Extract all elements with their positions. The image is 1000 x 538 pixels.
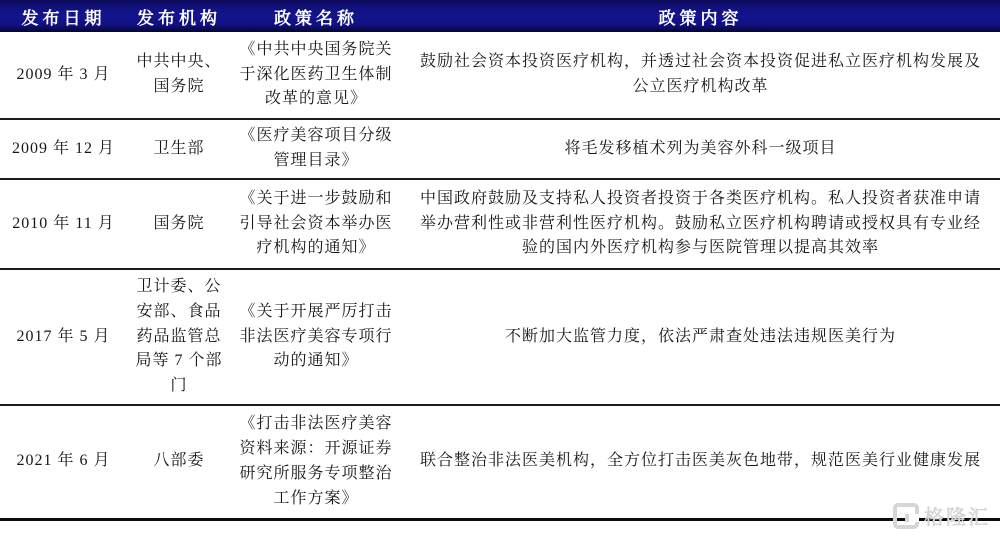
policy-table: 发布日期 发布机构 政策名称 政策内容 2009 年 3 月 中共中央、 国务院… xyxy=(0,0,1000,521)
cell-release-date: 2010 年 11 月 xyxy=(0,179,127,269)
column-header-policy-name: 政策名称 xyxy=(231,0,401,32)
table-header-row: 发布日期 发布机构 政策名称 政策内容 xyxy=(0,0,1000,32)
column-header-policy-content: 政策内容 xyxy=(401,0,1000,32)
table-row: 2009 年 12 月 卫生部 《医疗美容项目分级 管理目录》 将毛发移植术列为… xyxy=(0,119,1000,179)
cell-release-date: 2021 年 6 月 xyxy=(0,405,127,519)
cell-issuing-agency: 八部委 xyxy=(127,405,231,519)
table-row: 2021 年 6 月 八部委 《打击非法医疗美容 资料来源：开源证券 研究所服务… xyxy=(0,405,1000,519)
gelonghui-logo-icon xyxy=(893,503,919,529)
cell-issuing-agency: 卫生部 xyxy=(127,119,231,179)
policy-table-page: 发布日期 发布机构 政策名称 政策内容 2009 年 3 月 中共中央、 国务院… xyxy=(0,0,1000,538)
cell-policy-name: 《中共中央国务院关 于深化医药卫生体制 改革的意见》 xyxy=(231,32,401,119)
watermark-brand: 格隆汇 xyxy=(924,501,990,530)
cell-policy-name: 《关于进一步鼓励和 引导社会资本举办医 疗机构的通知》 xyxy=(231,179,401,269)
cell-policy-content: 鼓励社会资本投资医疗机构，并透过社会资本投资促进私立医疗机构发展及公立医疗机构改… xyxy=(401,32,1000,119)
cell-release-date: 2009 年 12 月 xyxy=(0,119,127,179)
column-header-issuing-agency: 发布机构 xyxy=(127,0,231,32)
table-row: 2010 年 11 月 国务院 《关于进一步鼓励和 引导社会资本举办医 疗机构的… xyxy=(0,179,1000,269)
cell-policy-content: 将毛发移植术列为美容外科一级项目 xyxy=(401,119,1000,179)
table-row: 2009 年 3 月 中共中央、 国务院 《中共中央国务院关 于深化医药卫生体制… xyxy=(0,32,1000,119)
watermark: 格隆汇 xyxy=(893,501,990,530)
cell-policy-name: 《关于开展严厉打击 非法医疗美容专项行 动的通知》 xyxy=(231,269,401,405)
cell-release-date: 2009 年 3 月 xyxy=(0,32,127,119)
cell-issuing-agency: 国务院 xyxy=(127,179,231,269)
cell-policy-name: 《打击非法医疗美容 资料来源：开源证券 研究所服务专项整治 工作方案》 xyxy=(231,405,401,519)
cell-release-date: 2017 年 5 月 xyxy=(0,269,127,405)
cell-issuing-agency: 中共中央、 国务院 xyxy=(127,32,231,119)
cell-policy-name: 《医疗美容项目分级 管理目录》 xyxy=(231,119,401,179)
cell-policy-content: 不断加大监管力度，依法严肃查处违法违规医美行为 xyxy=(401,269,1000,405)
table-row: 2017 年 5 月 卫计委、公 安部、食品 药品监管总 局等 7 个部 门 《… xyxy=(0,269,1000,405)
cell-policy-content: 中国政府鼓励及支持私人投资者投资于各类医疗机构。私人投资者获准申请举办营利性或非… xyxy=(401,179,1000,269)
cell-issuing-agency: 卫计委、公 安部、食品 药品监管总 局等 7 个部 门 xyxy=(127,269,231,405)
column-header-release-date: 发布日期 xyxy=(0,0,127,32)
